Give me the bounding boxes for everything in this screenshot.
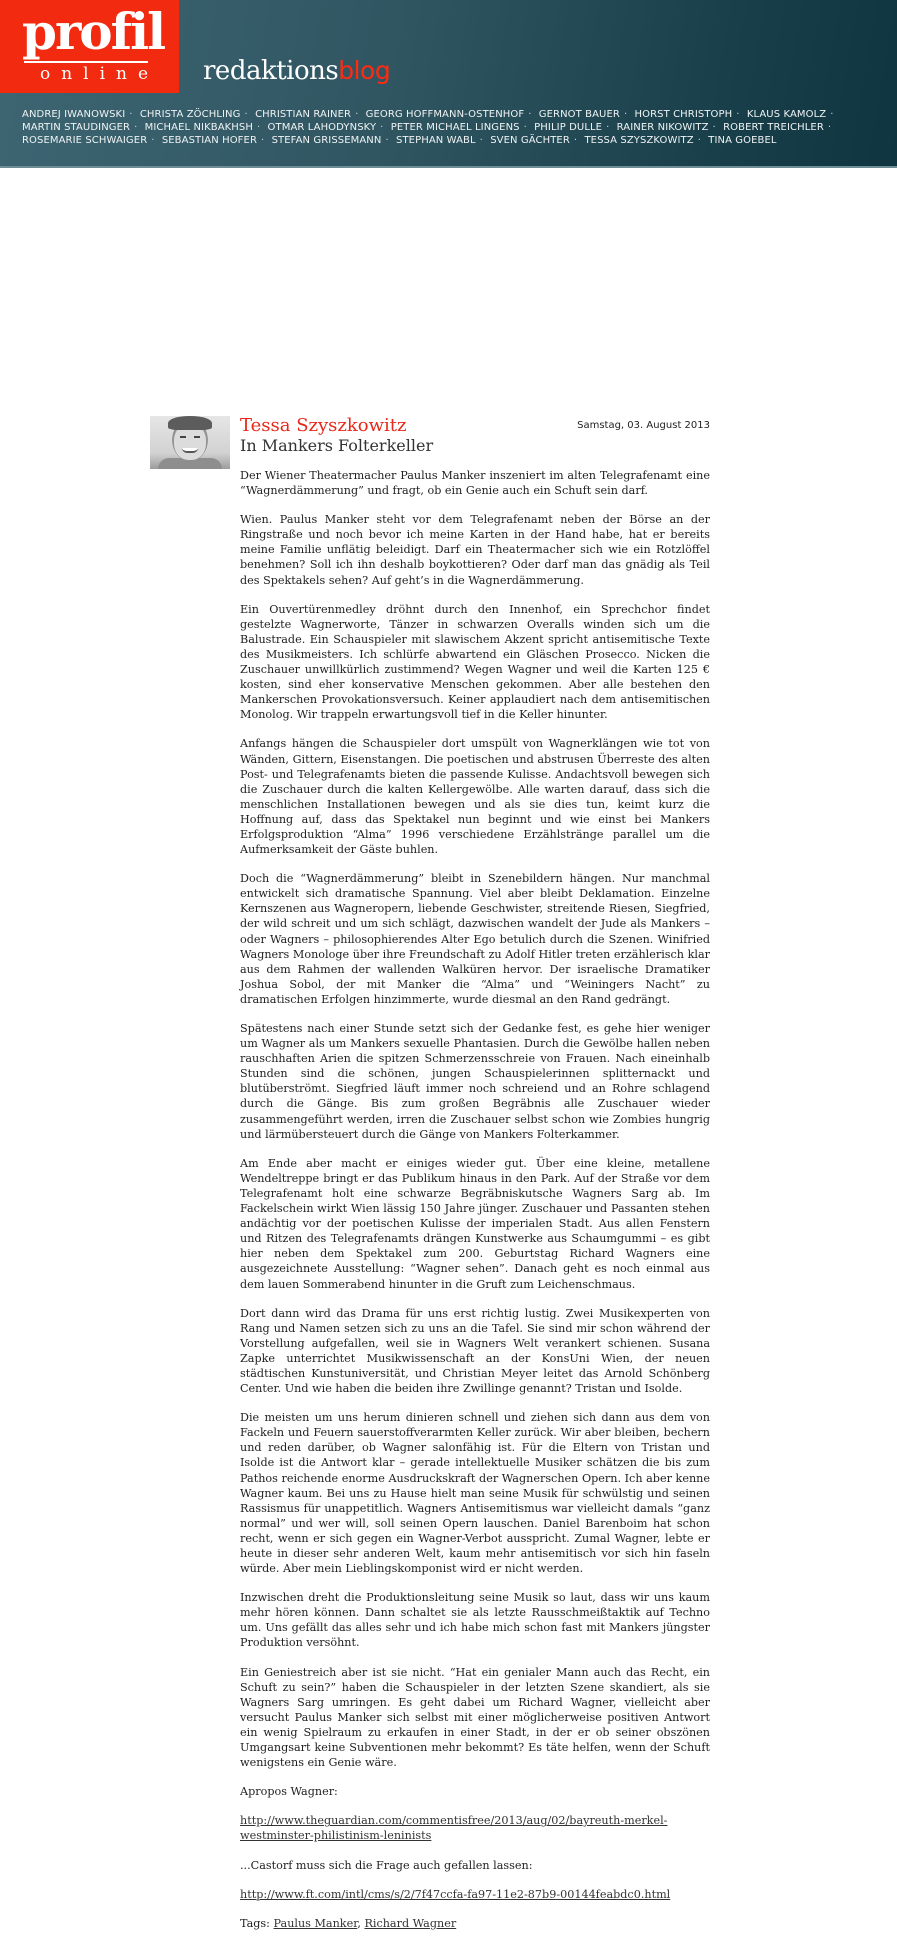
blog-post: Tessa Szyszkowitz In Mankers Folterkelle… [0,168,897,248]
author-separator: · [385,135,388,146]
ft-link[interactable]: http://www.ft.com/intl/cms/s/2/7f47ccfa-… [240,1888,670,1901]
paragraph: Der Wiener Theatermacher Paulus Manker i… [240,468,710,498]
author-nav-link[interactable]: OTMAR LAHODYNSKY [268,122,377,133]
author-nav-link[interactable]: ROSEMARIE SCHWAIGER [22,135,147,146]
author-separator: · [698,135,701,146]
post-header: Tessa Szyszkowitz In Mankers Folterkelle… [240,416,710,456]
author-nav-link[interactable]: PHILIP DULLE [534,122,602,133]
apropos-label: Apropos Wagner: [240,1784,710,1799]
author-nav-link[interactable]: SVEN GÄCHTER [490,135,570,146]
author-nav-link[interactable]: MARTIN STAUDINGER [22,122,130,133]
author-nav-link[interactable]: KLAUS KAMOLZ [747,109,826,120]
post-body: Der Wiener Theatermacher Paulus Manker i… [240,468,710,1945]
author-nav-link[interactable]: STEFAN GRISSEMANN [272,135,382,146]
author-separator: · [480,135,483,146]
author-nav-link[interactable]: MICHAEL NIKBAKHSH [145,122,253,133]
blog-title-part-2: blog [338,56,390,85]
author-avatar [150,416,230,469]
author-separator: · [134,122,137,133]
tag-link-paulus-manker[interactable]: Paulus Manker [274,1917,358,1930]
tags-label: Tags: [240,1917,270,1930]
paragraph: Spätestens nach einer Stunde setzt sich … [240,1021,710,1142]
author-nav-link[interactable]: TINA GOEBEL [708,135,776,146]
post-title: In Mankers Folterkeller [240,436,710,456]
author-separator: · [355,109,358,120]
avatar-mouth [182,448,198,453]
author-nav-link[interactable]: RAINER NIKOWITZ [617,122,709,133]
blog-title-part-1: redaktions [203,56,338,86]
author-nav: ANDREJ IWANOWSKI· CHRISTA ZÖCHLING· CHRI… [22,108,890,147]
paragraph: Ein Ouvertürenmedley dröhnt durch den In… [240,602,710,723]
author-nav-link[interactable]: GERNOT BAUER [539,109,620,120]
paragraph: Ein Geniestreich aber ist sie nicht. “Ha… [240,1665,710,1771]
paragraph: Die meisten um uns herum dinieren schnel… [240,1410,710,1576]
author-separator: · [736,109,739,120]
author-nav-link[interactable]: ANDREJ IWANOWSKI [22,109,125,120]
author-nav-link[interactable]: HORST CHRISTOPH [635,109,733,120]
site-header: profil online redaktionsblog ANDREJ IWAN… [0,0,897,168]
avatar-eye [194,436,200,438]
author-separator: · [713,122,716,133]
author-nav-link[interactable]: STEPHAN WABL [396,135,476,146]
logo-subtitle: online [40,63,159,85]
post-date: Samstag, 03. August 2013 [577,420,710,431]
author-separator: · [151,135,154,146]
logo-wordmark: profil [22,4,164,60]
author-separator: · [606,122,609,133]
author-separator: · [261,135,264,146]
author-separator: · [380,122,383,133]
profil-online-logo[interactable]: profil online [0,0,179,93]
paragraph: Doch die “Wagnerdämmerung” bleibt in Sze… [240,871,710,1007]
guardian-link[interactable]: http://www.theguardian.com/commentisfree… [240,1814,667,1842]
author-nav-link[interactable]: ROBERT TREICHLER [723,122,824,133]
author-separator: · [524,122,527,133]
author-nav-link[interactable]: SEBASTIAN HOFER [162,135,257,146]
blog-title[interactable]: redaktionsblog [203,55,390,87]
author-nav-link[interactable]: PETER MICHAEL LINGENS [391,122,520,133]
paragraph: Wien. Paulus Manker steht vor dem Telegr… [240,512,710,587]
author-separator: · [245,109,248,120]
castorf-text: ...Castorf muss sich die Frage auch gefa… [240,1858,710,1873]
author-nav-link[interactable]: GEORG HOFFMANN-OSTENHOF [366,109,525,120]
paragraph: Anfangs hängen die Schauspieler dort ums… [240,736,710,857]
author-nav-link[interactable]: TESSA SZYSZKOWITZ [584,135,693,146]
author-separator: · [129,109,132,120]
paragraph: Inzwischen dreht die Produktionsleitung … [240,1590,710,1650]
tags-line: Tags: Paulus Manker, Richard Wagner [240,1916,710,1931]
author-separator: · [830,109,833,120]
author-separator: · [828,122,831,133]
author-separator: · [624,109,627,120]
author-separator: · [257,122,260,133]
author-separator: · [528,109,531,120]
author-nav-link[interactable]: CHRISTIAN RAINER [255,109,351,120]
author-separator: · [574,135,577,146]
paragraph: Dort dann wird das Drama für uns erst ri… [240,1306,710,1397]
tag-link-richard-wagner[interactable]: Richard Wagner [364,1917,456,1930]
author-nav-link[interactable]: CHRISTA ZÖCHLING [140,109,241,120]
paragraph: Am Ende aber macht er einiges wieder gut… [240,1156,710,1292]
avatar-hair [168,416,212,430]
avatar-eye [180,436,186,438]
